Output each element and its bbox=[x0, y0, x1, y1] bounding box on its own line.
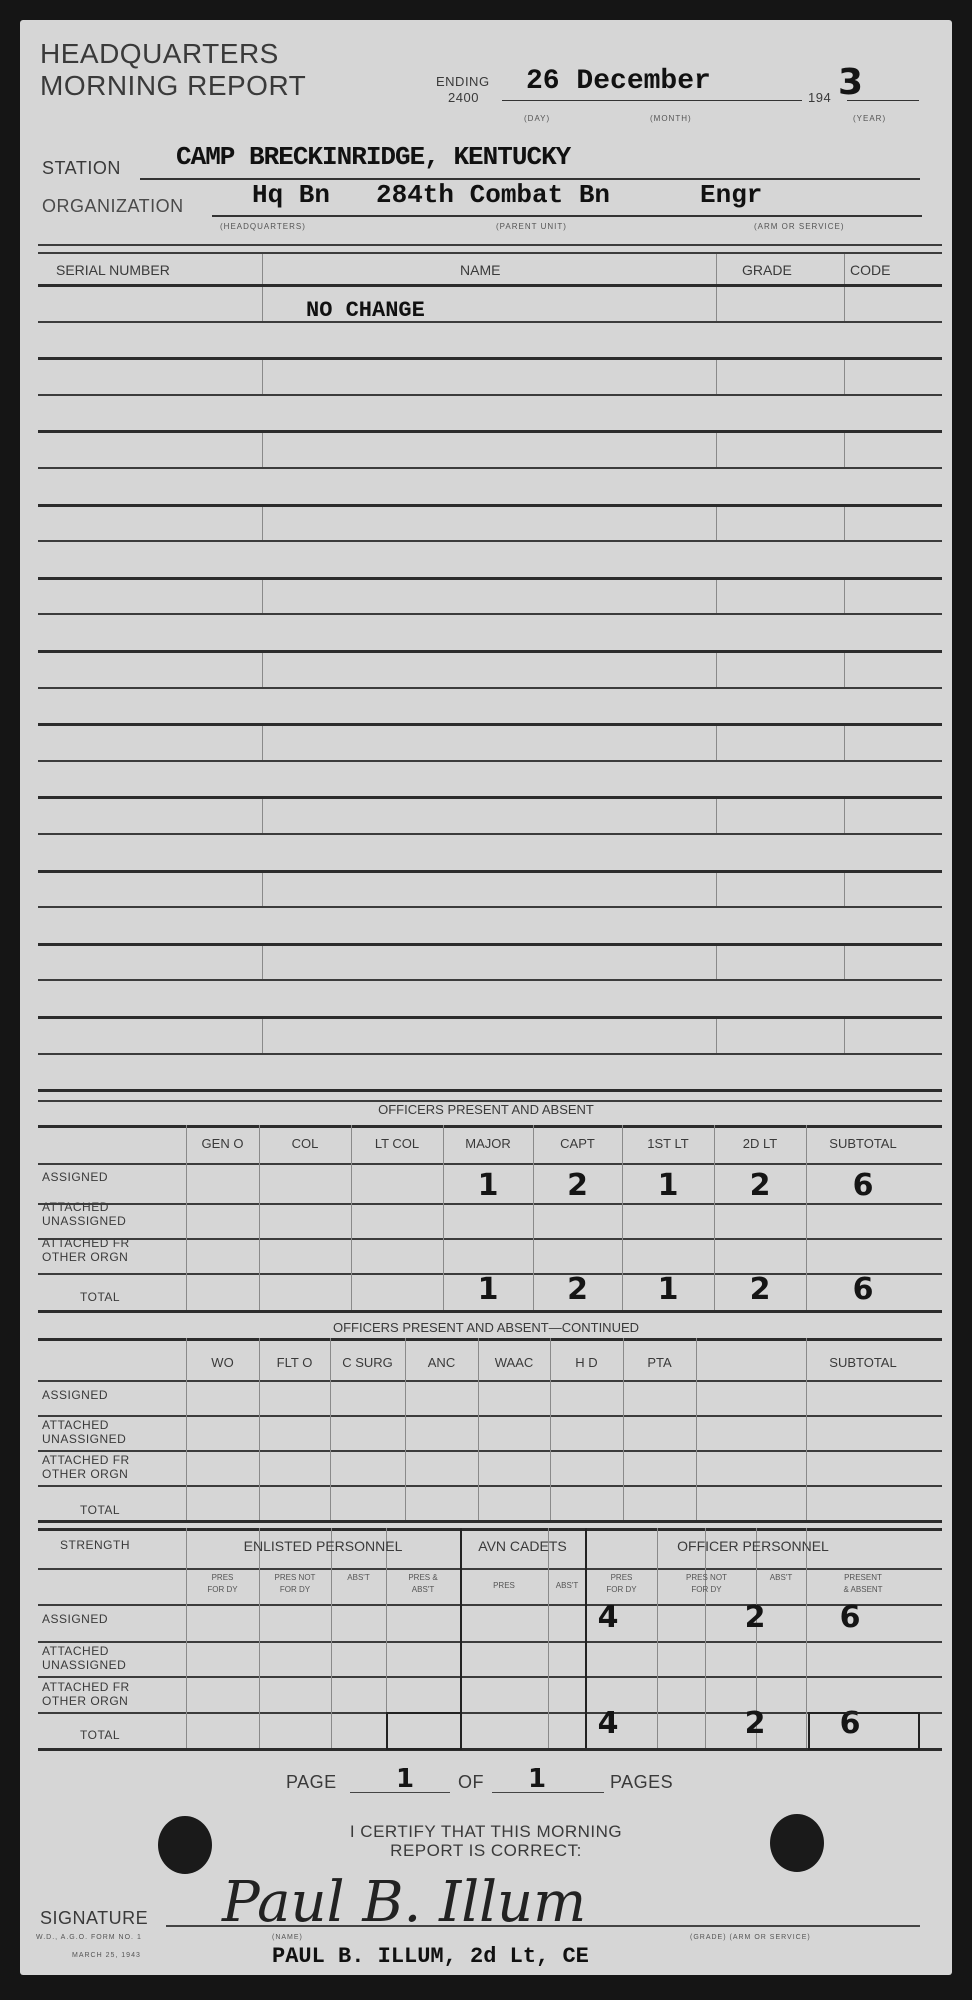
roster-rule bbox=[38, 504, 942, 507]
table-column-divider bbox=[548, 1528, 549, 1748]
assigned-1st-lt-count: 1 bbox=[638, 1168, 698, 1203]
roster-column-divider bbox=[716, 507, 717, 541]
table-column-divider bbox=[705, 1528, 706, 1748]
ending-time: 2400 bbox=[436, 90, 490, 106]
form-date: MARCH 25, 1943 bbox=[72, 1952, 141, 1959]
roster-rule bbox=[38, 687, 942, 689]
table-column-divider bbox=[696, 1338, 697, 1520]
row-label-other-orgn: OTHER ORGN bbox=[42, 1694, 128, 1709]
roster-rule bbox=[38, 613, 942, 615]
avn-cadets-header: AVN CADETS bbox=[460, 1538, 585, 1554]
roster-header-divider bbox=[844, 254, 845, 284]
roster-column-divider bbox=[262, 873, 263, 907]
row-label-other-orgn: OTHER ORGN bbox=[42, 1250, 128, 1265]
arm-service-caption: (ARM OR SERVICE) bbox=[754, 222, 845, 231]
roster-rule bbox=[38, 1053, 942, 1055]
officers-col-gen-o: GEN O bbox=[186, 1136, 259, 1151]
grade-caption: (GRADE) (ARM OR SERVICE) bbox=[690, 1934, 811, 1941]
organization-underline bbox=[212, 215, 922, 217]
typed-signer-name: PAUL B. ILLUM, 2d Lt, CE bbox=[272, 1944, 589, 1969]
officers-continued-col-c-surg: C SURG bbox=[330, 1355, 405, 1370]
roster-column-divider bbox=[262, 946, 263, 980]
officers-continued-col-h-d: H D bbox=[550, 1355, 623, 1370]
roster-column-divider bbox=[716, 873, 717, 907]
table-column-divider bbox=[259, 1528, 260, 1748]
enlisted-col-header: PRES &ABS'T bbox=[386, 1572, 460, 1596]
roster-entry-no-change: NO CHANGE bbox=[306, 298, 425, 323]
roster-column-divider bbox=[262, 507, 263, 541]
table-column-divider bbox=[259, 1125, 260, 1310]
roster-top-rule-2 bbox=[38, 252, 942, 254]
roster-column-divider bbox=[262, 360, 263, 394]
roster-rule bbox=[38, 906, 942, 908]
officers-continued-col-wo: WO bbox=[186, 1355, 259, 1370]
row-label-unassigned: UNASSIGNED bbox=[42, 1658, 126, 1673]
assigned-officer-present-absent: 6 bbox=[820, 1600, 880, 1635]
roster-column-divider bbox=[716, 287, 717, 321]
page-label: PAGE bbox=[286, 1772, 337, 1793]
officers-col-capt: CAPT bbox=[533, 1136, 622, 1151]
assigned-capt-count: 2 bbox=[548, 1168, 608, 1203]
officers-col-1st-lt: 1ST LT bbox=[622, 1136, 714, 1151]
day-caption: (DAY) bbox=[524, 114, 550, 123]
organization-arm-service: Engr bbox=[700, 180, 762, 210]
roster-rule bbox=[38, 394, 942, 396]
roster-rule bbox=[38, 467, 942, 469]
ending-label: ENDING bbox=[436, 74, 490, 90]
officers-col-lt-col: LT COL bbox=[351, 1136, 443, 1151]
table-column-divider bbox=[351, 1125, 352, 1310]
signature-underline bbox=[166, 1925, 920, 1927]
certify-line-2: REPORT IS CORRECT: bbox=[0, 1841, 972, 1860]
morning-report-form bbox=[20, 20, 952, 1975]
roster-column-divider bbox=[262, 1019, 263, 1053]
row-label-assigned: ASSIGNED bbox=[42, 1612, 108, 1627]
total-capt-count: 2 bbox=[548, 1272, 608, 1307]
pages-label: PAGES bbox=[610, 1772, 673, 1793]
enlisted-personnel-header: ENLISTED PERSONNEL bbox=[186, 1538, 460, 1554]
officers-col-subtotal: SUBTOTAL bbox=[806, 1136, 920, 1151]
roster-header-divider bbox=[262, 254, 263, 284]
enlisted-col-header: ABS'T bbox=[331, 1572, 386, 1584]
total-subtotal-count: 6 bbox=[833, 1272, 893, 1307]
column-header-code: CODE bbox=[850, 262, 890, 278]
officers-continued-col-pta: PTA bbox=[623, 1355, 696, 1370]
table-column-divider bbox=[533, 1125, 534, 1310]
row-label-attached-fr: ATTACHED FR bbox=[42, 1236, 130, 1251]
organization-headquarters: Hq Bn bbox=[252, 180, 330, 210]
column-header-serial-number: SERIAL NUMBER bbox=[56, 262, 170, 278]
roster-column-divider bbox=[716, 799, 717, 833]
roster-column-divider bbox=[844, 873, 845, 907]
table-column-divider bbox=[806, 1125, 807, 1310]
organization-parent-unit: 284th Combat Bn bbox=[376, 180, 610, 210]
roster-column-divider bbox=[844, 1019, 845, 1053]
name-caption: (NAME) bbox=[272, 1934, 303, 1941]
row-label-attached: ATTACHED bbox=[42, 1200, 109, 1215]
officers-col-col: COL bbox=[259, 1136, 351, 1151]
roster-rule bbox=[38, 321, 942, 323]
row-label-attached-fr: ATTACHED FR bbox=[42, 1680, 130, 1695]
roster-column-divider bbox=[716, 726, 717, 760]
roster-column-divider bbox=[844, 946, 845, 980]
row-label-attached: ATTACHED bbox=[42, 1418, 109, 1433]
roster-column-divider bbox=[262, 287, 263, 321]
table-rule bbox=[38, 1310, 942, 1313]
row-label-assigned: ASSIGNED bbox=[42, 1388, 108, 1403]
organization-label: ORGANIZATION bbox=[42, 196, 184, 217]
roster-column-divider bbox=[844, 360, 845, 394]
roster-rule bbox=[38, 1016, 942, 1019]
headquarters-caption: (HEADQUARTERS) bbox=[220, 222, 306, 231]
assigned-2d-lt-count: 2 bbox=[730, 1168, 790, 1203]
roster-rule bbox=[38, 870, 942, 873]
table-rule bbox=[38, 1520, 942, 1523]
certify-line-1: I CERTIFY THAT THIS MORNING bbox=[0, 1822, 972, 1841]
roster-top-rule bbox=[38, 244, 942, 246]
column-header-grade: GRADE bbox=[742, 262, 792, 278]
roster-rule bbox=[38, 540, 942, 542]
ending-label-block: ENDING 2400 bbox=[436, 74, 490, 106]
row-label-unassigned: UNASSIGNED bbox=[42, 1432, 126, 1447]
table-column-divider bbox=[657, 1528, 658, 1748]
total-pages: 1 bbox=[528, 1764, 546, 1794]
roster-rule bbox=[38, 1089, 942, 1092]
roster-column-divider bbox=[262, 653, 263, 687]
row-label-other-orgn: OTHER ORGN bbox=[42, 1467, 128, 1482]
table-column-divider bbox=[331, 1528, 332, 1748]
form-number: W.D., A.G.O. FORM NO. 1 bbox=[36, 1934, 142, 1941]
total-major-count: 1 bbox=[458, 1272, 518, 1307]
date-underline bbox=[502, 100, 802, 101]
officer-col-header: PRESENT& ABSENT bbox=[806, 1572, 920, 1596]
total-2d-lt-count: 2 bbox=[730, 1272, 790, 1307]
roster-column-divider bbox=[844, 580, 845, 614]
officer-col-header: PRESFOR DY bbox=[586, 1572, 657, 1596]
year-prefix: 194 bbox=[808, 90, 831, 105]
roster-rule bbox=[38, 430, 942, 433]
page-number: 1 bbox=[396, 1764, 414, 1794]
month-caption: (MONTH) bbox=[650, 114, 692, 123]
officers-col-major: MAJOR bbox=[443, 1136, 533, 1151]
roster-bottom-rule bbox=[38, 1100, 942, 1102]
station-value: CAMP BRECKINRIDGE, KENTUCKY bbox=[176, 142, 570, 172]
officers-continued-col-subtotal: SUBTOTAL bbox=[806, 1355, 920, 1370]
enlisted-col-header: PRESFOR DY bbox=[186, 1572, 259, 1596]
assigned-officer-pres-for-dy: 4 bbox=[578, 1600, 638, 1635]
roster-column-divider bbox=[262, 433, 263, 467]
assigned-major-count: 1 bbox=[458, 1168, 518, 1203]
roster-rule bbox=[38, 760, 942, 762]
officers-continued-col-anc: ANC bbox=[405, 1355, 478, 1370]
table-column-divider bbox=[622, 1125, 623, 1310]
officers-continued-col-waac: WAAC bbox=[478, 1355, 550, 1370]
roster-column-divider bbox=[844, 433, 845, 467]
roster-rule bbox=[38, 796, 942, 799]
roster-column-divider bbox=[716, 1019, 717, 1053]
year-underline bbox=[847, 100, 919, 101]
form-title: HEADQUARTERS MORNING REPORT bbox=[40, 38, 306, 102]
roster-rule bbox=[38, 943, 942, 946]
roster-rule bbox=[38, 723, 942, 726]
parent-unit-caption: (PARENT UNIT) bbox=[496, 222, 567, 231]
total-officer-abst: 2 bbox=[725, 1706, 785, 1741]
station-label: STATION bbox=[42, 158, 121, 179]
officers-continued-title: OFFICERS PRESENT AND ABSENT—CONTINUED bbox=[0, 1320, 972, 1335]
assigned-subtotal-count: 6 bbox=[833, 1168, 893, 1203]
roster-column-divider bbox=[844, 507, 845, 541]
roster-column-divider bbox=[262, 799, 263, 833]
roster-column-divider bbox=[262, 580, 263, 614]
roster-rule bbox=[38, 284, 942, 287]
roster-column-divider bbox=[844, 287, 845, 321]
certify-statement: I CERTIFY THAT THIS MORNING REPORT IS CO… bbox=[0, 1822, 972, 1860]
row-label-total: TOTAL bbox=[80, 1728, 120, 1743]
year-caption: (YEAR) bbox=[853, 114, 886, 123]
cadet-col-header: PRES bbox=[460, 1580, 548, 1592]
roster-column-divider bbox=[716, 653, 717, 687]
total-pages-underline bbox=[492, 1792, 604, 1793]
roster-rule bbox=[38, 577, 942, 580]
table-column-divider bbox=[714, 1125, 715, 1310]
row-label-assigned: ASSIGNED bbox=[42, 1170, 108, 1185]
officer-personnel-header: OFFICER PERSONNEL bbox=[586, 1538, 920, 1554]
cadet-col-header: ABS'T bbox=[548, 1580, 586, 1592]
officers-section-title: OFFICERS PRESENT AND ABSENT bbox=[0, 1102, 972, 1117]
enlisted-total-box bbox=[386, 1712, 462, 1750]
officer-col-header: PRES NOTFOR DY bbox=[657, 1572, 756, 1596]
roster-rule bbox=[38, 650, 942, 653]
title-line-2: MORNING REPORT bbox=[40, 70, 306, 102]
assigned-officer-abst: 2 bbox=[725, 1600, 785, 1635]
roster-column-divider bbox=[262, 726, 263, 760]
officers-col-2d-lt: 2D LT bbox=[714, 1136, 806, 1151]
signature-label: SIGNATURE bbox=[40, 1908, 148, 1929]
roster-rule bbox=[38, 357, 942, 360]
total-officer-pres-for-dy: 4 bbox=[578, 1706, 638, 1741]
officer-total-box bbox=[808, 1712, 920, 1750]
roster-column-divider bbox=[716, 580, 717, 614]
table-column-divider bbox=[443, 1125, 444, 1310]
strength-label: STRENGTH bbox=[60, 1538, 130, 1553]
roster-column-divider bbox=[844, 653, 845, 687]
row-label-unassigned: UNASSIGNED bbox=[42, 1214, 126, 1229]
total-1st-lt-count: 1 bbox=[638, 1272, 698, 1307]
roster-column-divider bbox=[844, 726, 845, 760]
roster-column-divider bbox=[716, 433, 717, 467]
officer-col-header: ABS'T bbox=[756, 1572, 806, 1584]
roster-header-divider bbox=[716, 254, 717, 284]
row-label-attached: ATTACHED bbox=[42, 1644, 109, 1659]
year-digit: 3 bbox=[838, 62, 863, 103]
roster-column-divider bbox=[716, 946, 717, 980]
roster-rule bbox=[38, 833, 942, 835]
table-rule bbox=[38, 1748, 942, 1751]
report-date-day-month: 26 December bbox=[526, 66, 711, 97]
table-column-divider bbox=[186, 1528, 187, 1748]
enlisted-col-header: PRES NOTFOR DY bbox=[259, 1572, 331, 1596]
row-label-total: TOTAL bbox=[80, 1503, 120, 1518]
of-label: OF bbox=[458, 1772, 484, 1793]
row-label-total: TOTAL bbox=[80, 1290, 120, 1305]
column-header-name: NAME bbox=[460, 262, 500, 278]
table-column-divider bbox=[186, 1125, 187, 1310]
title-line-1: HEADQUARTERS bbox=[40, 38, 306, 70]
row-label-attached-fr: ATTACHED FR bbox=[42, 1453, 130, 1468]
officers-continued-col-flt-o: FLT O bbox=[259, 1355, 330, 1370]
roster-rule bbox=[38, 979, 942, 981]
roster-column-divider bbox=[844, 799, 845, 833]
table-column-divider bbox=[806, 1528, 807, 1748]
roster-column-divider bbox=[716, 360, 717, 394]
